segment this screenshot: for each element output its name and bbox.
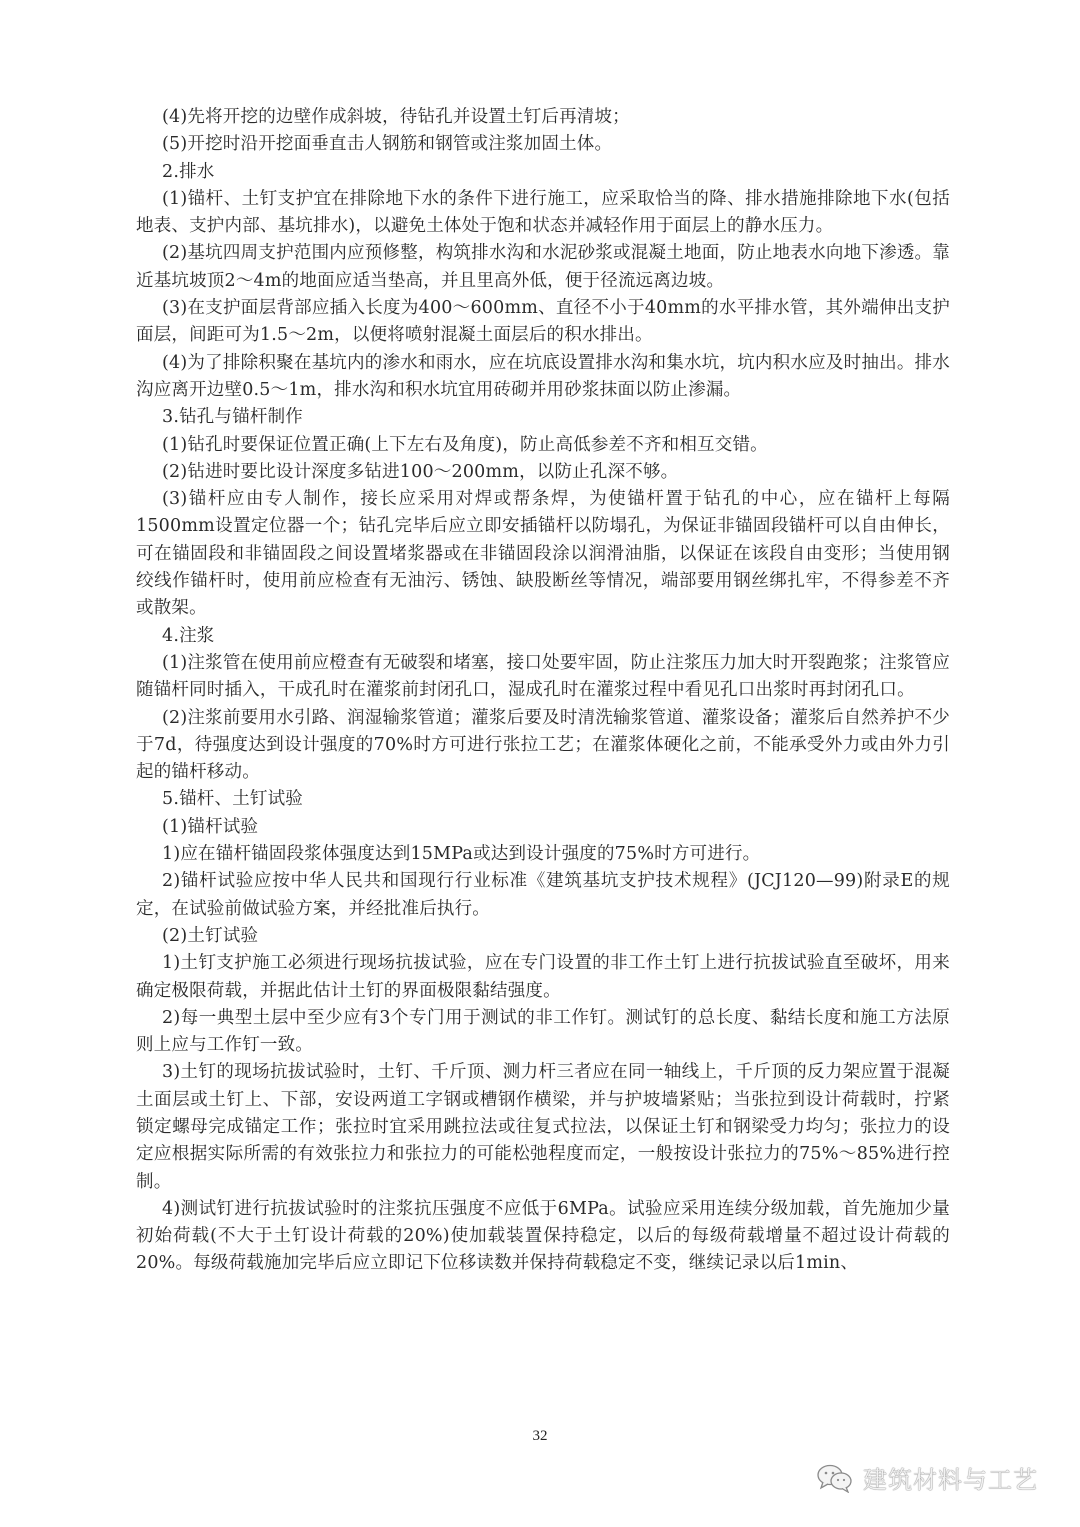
section-heading: 3.钻孔与锚杆制作 <box>136 404 950 431</box>
paragraph: (3)锚杆应由专人制作，接长应采用对焊或帮条焊，为使锚杆置于钻孔的中心，应在锚杆… <box>136 486 950 622</box>
paragraph: (2)基坑四周支护范围内应预修整，构筑排水沟和水泥砂浆或混凝土地面，防止地表水向… <box>136 240 950 295</box>
section-heading: 4.注浆 <box>136 623 950 650</box>
page-number: 32 <box>520 1428 560 1445</box>
paragraph: 3)土钉的现场抗拔试验时，土钉、千斤顶、测力杆三者应在同一轴线上，千斤顶的反力架… <box>136 1059 950 1195</box>
wechat-icon <box>815 1463 855 1493</box>
paragraph: 4)测试钉进行抗拔试验时的注浆抗压强度不应低于6MPa。试验应采用连续分级加载，… <box>136 1196 950 1278</box>
paragraph: (1)注浆管在使用前应橙查有无破裂和堵塞，接口处要牢固，防止注浆压力加大时开裂跑… <box>136 650 950 705</box>
document-body: (4)先将开挖的边壁作成斜坡，待钻孔并设置土钉后再清坡； (5)开挖时沿开挖面垂… <box>136 104 950 1278</box>
subsection-heading: (1)锚杆试验 <box>136 814 950 841</box>
paragraph: (3)在支护面层背部应插入长度为400～600mm、直径不小于40mm的水平排水… <box>136 295 950 350</box>
watermark-text: 建筑材料与工艺 <box>863 1460 1038 1495</box>
watermark: 建筑材料与工艺 <box>815 1460 1038 1495</box>
paragraph: (1)锚杆、土钉支护宜在排除地下水的条件下进行施工，应采取恰当的降、排水措施排除… <box>136 186 950 241</box>
subsection-heading: (2)土钉试验 <box>136 923 950 950</box>
paragraph: 2)锚杆试验应按中华人民共和国现行行业标准《建筑基坑支护技术规程》(JCJ120… <box>136 868 950 923</box>
paragraph: (4)为了排除积聚在基坑内的渗水和雨水，应在坑底设置排水沟和集水坑，坑内积水应及… <box>136 350 950 405</box>
paragraph: 1)土钉支护施工必须进行现场抗拔试验，应在专门设置的非工作土钉上进行抗拔试验直至… <box>136 950 950 1005</box>
paragraph: 1)应在锚杆锚固段浆体强度达到15MPa或达到设计强度的75%时方可进行。 <box>136 841 950 868</box>
section-heading: 2.排水 <box>136 159 950 186</box>
paragraph: (4)先将开挖的边壁作成斜坡，待钻孔并设置土钉后再清坡； <box>136 104 950 131</box>
paragraph: 2)每一典型土层中至少应有3个专门用于测试的非工作钉。测试钉的总长度、黏结长度和… <box>136 1005 950 1060</box>
paragraph: (1)钻孔时要保证位置正确(上下左右及角度)，防止高低参差不齐和相互交错。 <box>136 432 950 459</box>
paragraph: (2)钻进时要比设计深度多钻进100～200mm，以防止孔深不够。 <box>136 459 950 486</box>
section-heading: 5.锚杆、土钉试验 <box>136 786 950 813</box>
paragraph: (5)开挖时沿开挖面垂直击人钢筋和钢管或注浆加固土体。 <box>136 131 950 158</box>
paragraph: (2)注浆前要用水引路、润湿输浆管道；灌浆后要及时清洗输浆管道、灌浆设备；灌浆后… <box>136 705 950 787</box>
